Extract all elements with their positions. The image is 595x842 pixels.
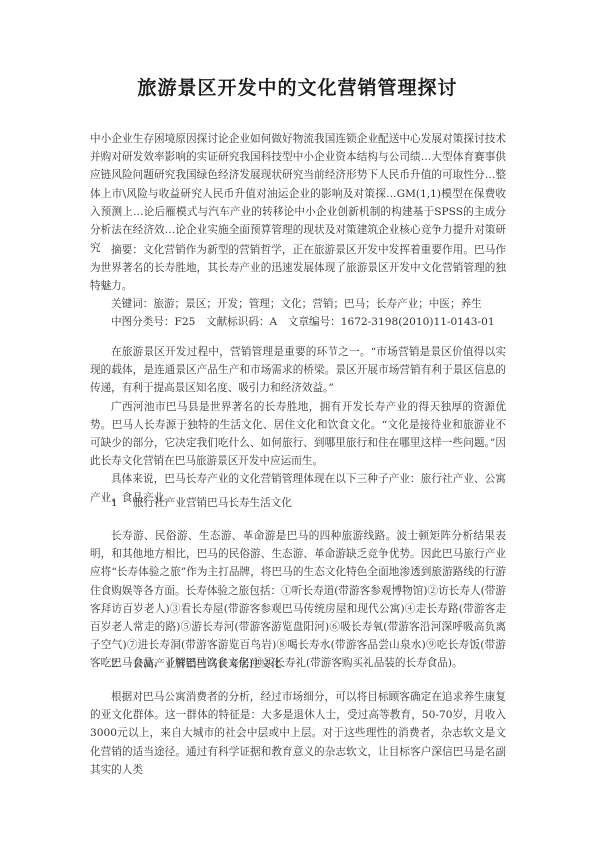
section-1-body-block: 长寿游、民俗游、生态游、革命游是巴马的四种旅游线路。波士顿矩阵分析结果表明，和其… bbox=[90, 527, 506, 673]
abstract-block: 摘要：文化营销作为新型的营销哲学，正在旅游景区开发中发挥着重要作用。巴马作为世界… bbox=[90, 241, 506, 296]
section-1-title: 旅行社产业营销巴马长寿生活文化 bbox=[133, 497, 292, 509]
related-titles-text: 中小企业生存困境原因探讨论企业如何做好物流我国连锁企业配送中心发展对策探讨技术并… bbox=[90, 130, 506, 257]
intro-block: 在旅游景区开发过程中，营销管理是重要的环节之一。“市场营销是景区价值得以实现的载… bbox=[90, 343, 506, 507]
intro-paragraph-2: 广西河池市巴马县是世界著名的长寿胜地，拥有开发长寿产业的得天独厚的资源优势。巴马… bbox=[90, 398, 506, 471]
keywords-line: 关键词：旅游；景区；开发；管理；文化；营销；巴马；长寿产业；中医；养生 bbox=[90, 295, 506, 313]
section-1-body: 长寿游、民俗游、生态游、革命游是巴马的四种旅游线路。波士顿矩阵分析结果表明，和其… bbox=[90, 527, 506, 673]
section-2-title: 公寓产业营销巴马长寿居住文化 bbox=[133, 658, 281, 670]
document-page: 旅游景区开发中的文化营销管理探讨 中小企业生存困境原因探讨论企业如何做好物流我国… bbox=[0, 0, 595, 842]
abstract-text: 摘要：文化营销作为新型的营销哲学，正在旅游景区开发中发挥着重要作用。巴马作为世界… bbox=[90, 241, 506, 296]
section-1-heading: 1旅行社产业营销巴马长寿生活文化 bbox=[111, 494, 292, 512]
intro-paragraph-1: 在旅游景区开发过程中，营销管理是重要的环节之一。“市场营销是景区价值得以实现的载… bbox=[90, 343, 506, 398]
metadata-block: 关键词：旅游；景区；开发；管理；文化；营销；巴马；长寿产业；中医；养生 中图分类… bbox=[90, 295, 506, 331]
section-2-body: 根据对巴马公寓消费者的分析，经过市场细分，可以将目标顾客确定在追求养生康复的亚文… bbox=[90, 688, 506, 779]
classification-line: 中图分类号：F25 文献标识码：A 文章编号：1672-3198(2010)11… bbox=[90, 313, 506, 331]
related-titles-block: 中小企业生存困境原因探讨论企业如何做好物流我国连锁企业配送中心发展对策探讨技术并… bbox=[90, 130, 506, 257]
section-1-number: 1 bbox=[111, 494, 133, 512]
section-2-heading: 2公寓产业营销巴马长寿居住文化 bbox=[111, 655, 281, 673]
section-2-body-block: 根据对巴马公寓消费者的分析，经过市场细分，可以将目标顾客确定在追求养生康复的亚文… bbox=[90, 688, 506, 779]
section-2-number: 2 bbox=[111, 655, 133, 673]
document-title: 旅游景区开发中的文化营销管理探讨 bbox=[0, 76, 595, 100]
